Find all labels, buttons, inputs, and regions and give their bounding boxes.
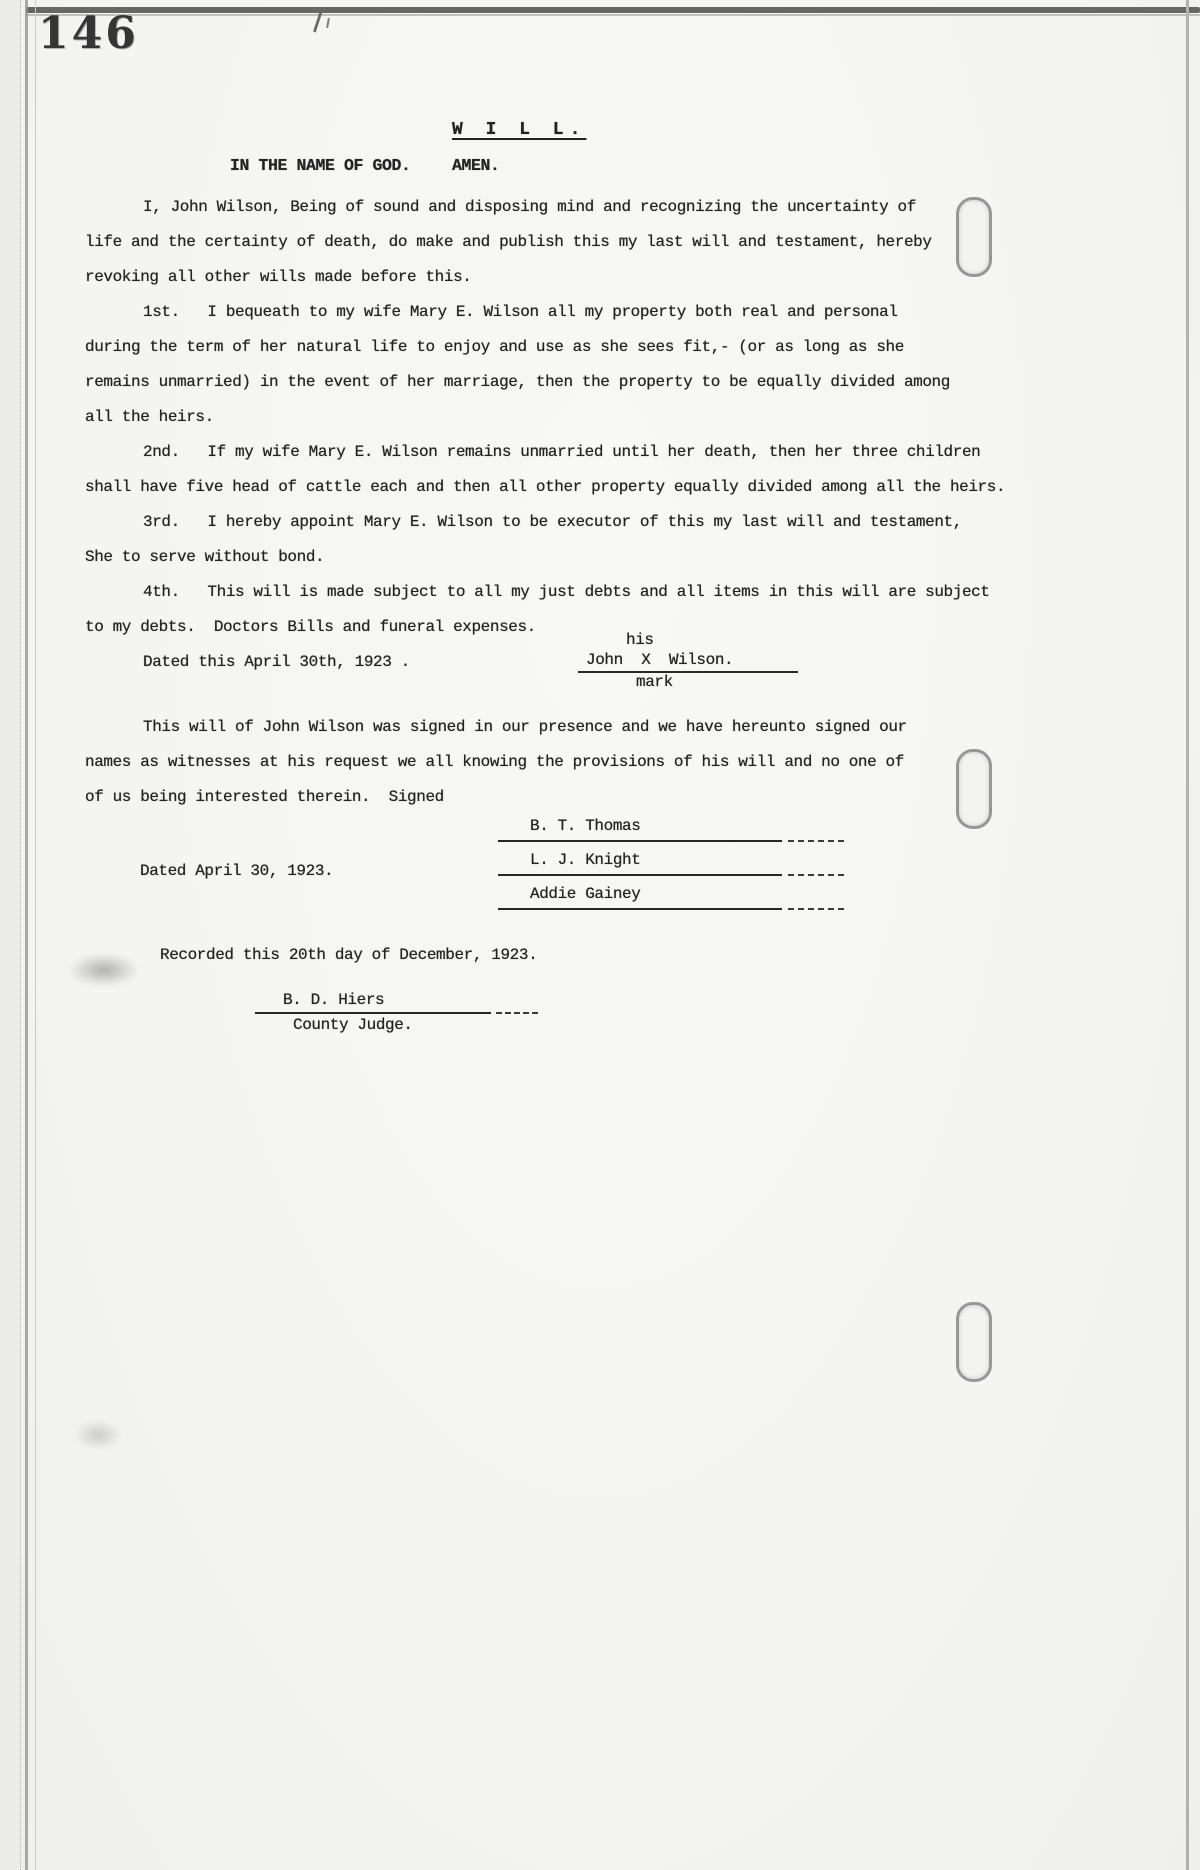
- body-line: during the term of her natural life to e…: [85, 330, 1085, 365]
- scanned-will-page: 146 W I L L. IN THE NAME OF GOD. AMEN. I…: [0, 0, 1200, 1870]
- judge-signature-block: B. D. Hiers County Judge.: [255, 988, 538, 1036]
- judge-signature: B. D. Hiers: [255, 988, 491, 1014]
- signature-line-dashes: [788, 874, 844, 876]
- body-line: all the heirs.: [85, 400, 1085, 435]
- testator-signature-block: his John X Wilson. mark: [578, 631, 808, 692]
- signature-line-dashes: [496, 1012, 538, 1014]
- scan-top-edge: [26, 7, 1200, 13]
- witness-signature-row: B. T. Thomas: [498, 812, 844, 842]
- body-line-clause-3rd: 3rd. I hereby appoint Mary E. Wilson to …: [85, 505, 1085, 540]
- body-line: She to serve without bond.: [85, 540, 1085, 575]
- invocation-amen: AMEN.: [452, 156, 500, 175]
- binding-hole-bottom: [956, 1302, 992, 1382]
- body-line-clause-4th: 4th. This will is made subject to all my…: [85, 575, 1085, 610]
- stray-pen-mark-small: [326, 18, 330, 28]
- recorded-line: Recorded this 20th day of December, 1923…: [160, 940, 537, 970]
- scan-top-edge-shadow: [26, 14, 1200, 16]
- witness-signature: Addie Gainey: [498, 880, 782, 910]
- ink-smudge-faint: [74, 1420, 122, 1450]
- witness-signature-row: L. J. Knight: [498, 846, 844, 876]
- ink-smudge: [68, 953, 140, 987]
- will-body: I, John Wilson, Being of sound and dispo…: [85, 190, 1085, 645]
- body-line: life and the certainty of death, do make…: [85, 225, 1085, 260]
- witness-signature: B. T. Thomas: [498, 812, 782, 842]
- witness-signature-row: Addie Gainey: [498, 880, 844, 910]
- will-title: W I L L.: [452, 120, 586, 140]
- body-line-clause-2nd: 2nd. If my wife Mary E. Wilson remains u…: [85, 435, 1085, 470]
- attestation-line: names as witnesses at his request we all…: [85, 745, 1085, 780]
- signature-line-dashes: [788, 840, 844, 842]
- body-line: revoking all other wills made before thi…: [85, 260, 1085, 295]
- page-left-edge-line: [25, 0, 28, 1870]
- scan-left-strip: [0, 0, 21, 1870]
- mark-label: mark: [578, 673, 808, 692]
- invocation-text: IN THE NAME OF GOD.: [230, 156, 411, 175]
- dated-line-april-30th: Dated this April 30th, 1923 .: [143, 645, 410, 680]
- attestation-line: This will of John Wilson was signed in o…: [85, 710, 1085, 745]
- attestation-line: of us being interested therein. Signed: [85, 780, 1085, 815]
- signature-line-dashes: [788, 908, 844, 910]
- attestation-clause: This will of John Wilson was signed in o…: [85, 710, 1085, 815]
- witness-signature: L. J. Knight: [498, 846, 782, 876]
- body-line: shall have five head of cattle each and …: [85, 470, 1085, 505]
- judge-title: County Judge.: [255, 1014, 538, 1036]
- body-line: I, John Wilson, Being of sound and dispo…: [85, 190, 1085, 225]
- body-line: remains unmarried) in the event of her m…: [85, 365, 1085, 400]
- page-right-edge-line: [1186, 0, 1189, 1870]
- dated-line-april-30: Dated April 30, 1923.: [140, 856, 333, 886]
- page-left-edge-line-faint: [35, 0, 36, 1870]
- body-line-clause-1st: 1st. I bequeath to my wife Mary E. Wilso…: [85, 295, 1085, 330]
- his-label: his: [578, 631, 808, 649]
- testator-signature: John X Wilson.: [578, 649, 798, 673]
- page-number: 146: [38, 8, 139, 59]
